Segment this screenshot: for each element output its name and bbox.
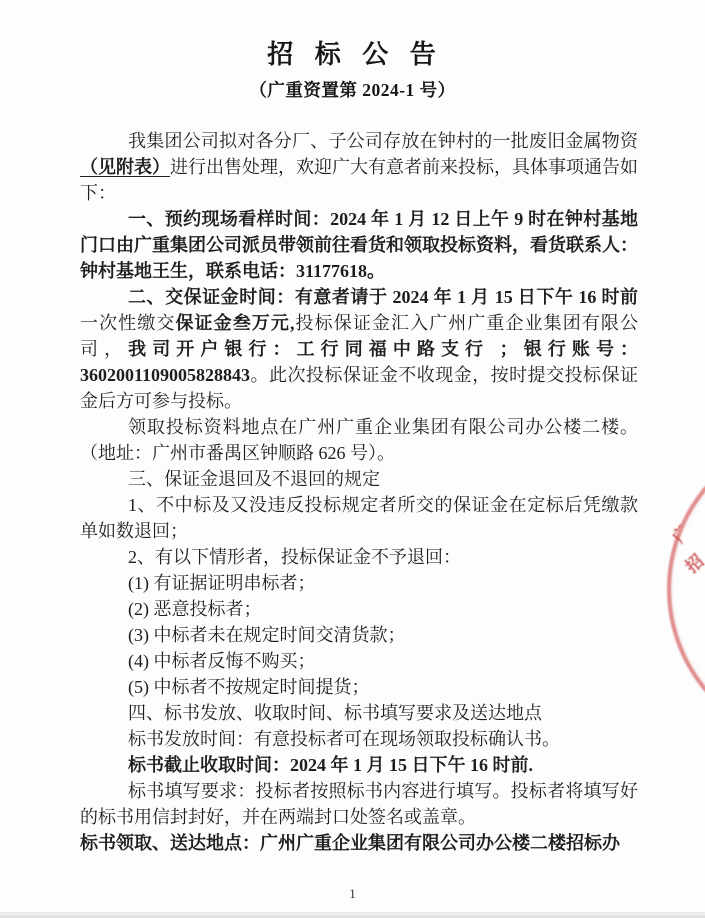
page-number: 1 [0,886,705,902]
red-seal-ring [667,430,705,748]
document-number: （广重资置第 2024-1 号） [0,79,705,101]
paragraph-refund-rule-2: 2、有以下情形者，投标保证金不予退回： [80,544,638,570]
paragraph-intro: 我集团公司拟对各分厂、子公司存放在钟村的一批废旧金属物资（见附表）进行出售处理，… [80,128,638,206]
document-header: 招 标 公 告 （广重资置第 2024-1 号） [0,40,705,101]
see-attachment-ref: （见附表） [80,157,170,177]
list-item-2: (2) 恶意投标者； [80,596,638,622]
deposit-pay: 一次性缴交 [80,313,175,333]
list-item-5: (5) 中标者不按规定时间提货； [80,674,638,700]
deposit-amount: 保证金叁万元, [175,313,294,333]
list-item-1: (1) 有证据证明串标者； [80,570,638,596]
document-body: 我集团公司拟对各分厂、子公司存放在钟村的一批废旧金属物资（见附表）进行出售处理，… [80,128,638,856]
paragraph-section3-refund-rules: 三、保证金退回及不退回的规定 [80,466,638,492]
paragraph-section2-deposit: 二、交保证金时间：有意者请于 2024 年 1 月 15 日下午 16 时前一次… [80,284,638,414]
paragraph-refund-rule-1: 1、不中标及又没违反投标规定者所交的保证金在定标后凭缴款单如数退回； [80,492,638,544]
paragraph-material-pickup-address: 领取投标资料地点在广州广重企业集团有限公司办公楼二楼。（地址：广州市番禺区钟顺路… [80,414,638,466]
list-item-4: (4) 中标者反悔不购买； [80,648,638,674]
list-item-3: (3) 中标者未在规定时间交清货款； [80,622,638,648]
paragraph-bid-form-issue-time: 标书发放时间：有意投标者可在现场领取投标确认书。 [80,726,638,752]
paragraph-bid-form-deadline: 标书截止收取时间：2024 年 1 月 15 日下午 16 时前. [80,752,638,778]
deposit-time: 二、交保证金时间：有意者请于 2024 年 1 月 15 日下午 16 时前 [128,287,638,307]
scanned-document-page: 招 标 公 告 （广重资置第 2024-1 号） 我集团公司拟对各分厂、子公司存… [0,0,705,918]
paragraph-section1-viewing-time: 一、预约现场看样时间：2024 年 1 月 12 日上午 9 时在钟村基地门口由… [80,206,638,284]
document-title: 招 标 公 告 [0,40,705,70]
paragraph-section4-heading: 四、标书发放、收取时间、标书填写要求及送达地点 [80,700,638,726]
paragraph-bid-form-delivery-address: 标书领取、送达地点：广州广重企业集团有限公司办公楼二楼招标办 [80,830,638,856]
page-bottom-edge [0,912,705,918]
intro-text-a: 我集团公司拟对各分厂、子公司存放在钟村的一批废旧金属物资 [128,131,638,151]
paragraph-bid-form-filling: 标书填写要求：投标者按照标书内容进行填写。投标者将填写好的标书用信封封好，并在两… [80,778,638,830]
